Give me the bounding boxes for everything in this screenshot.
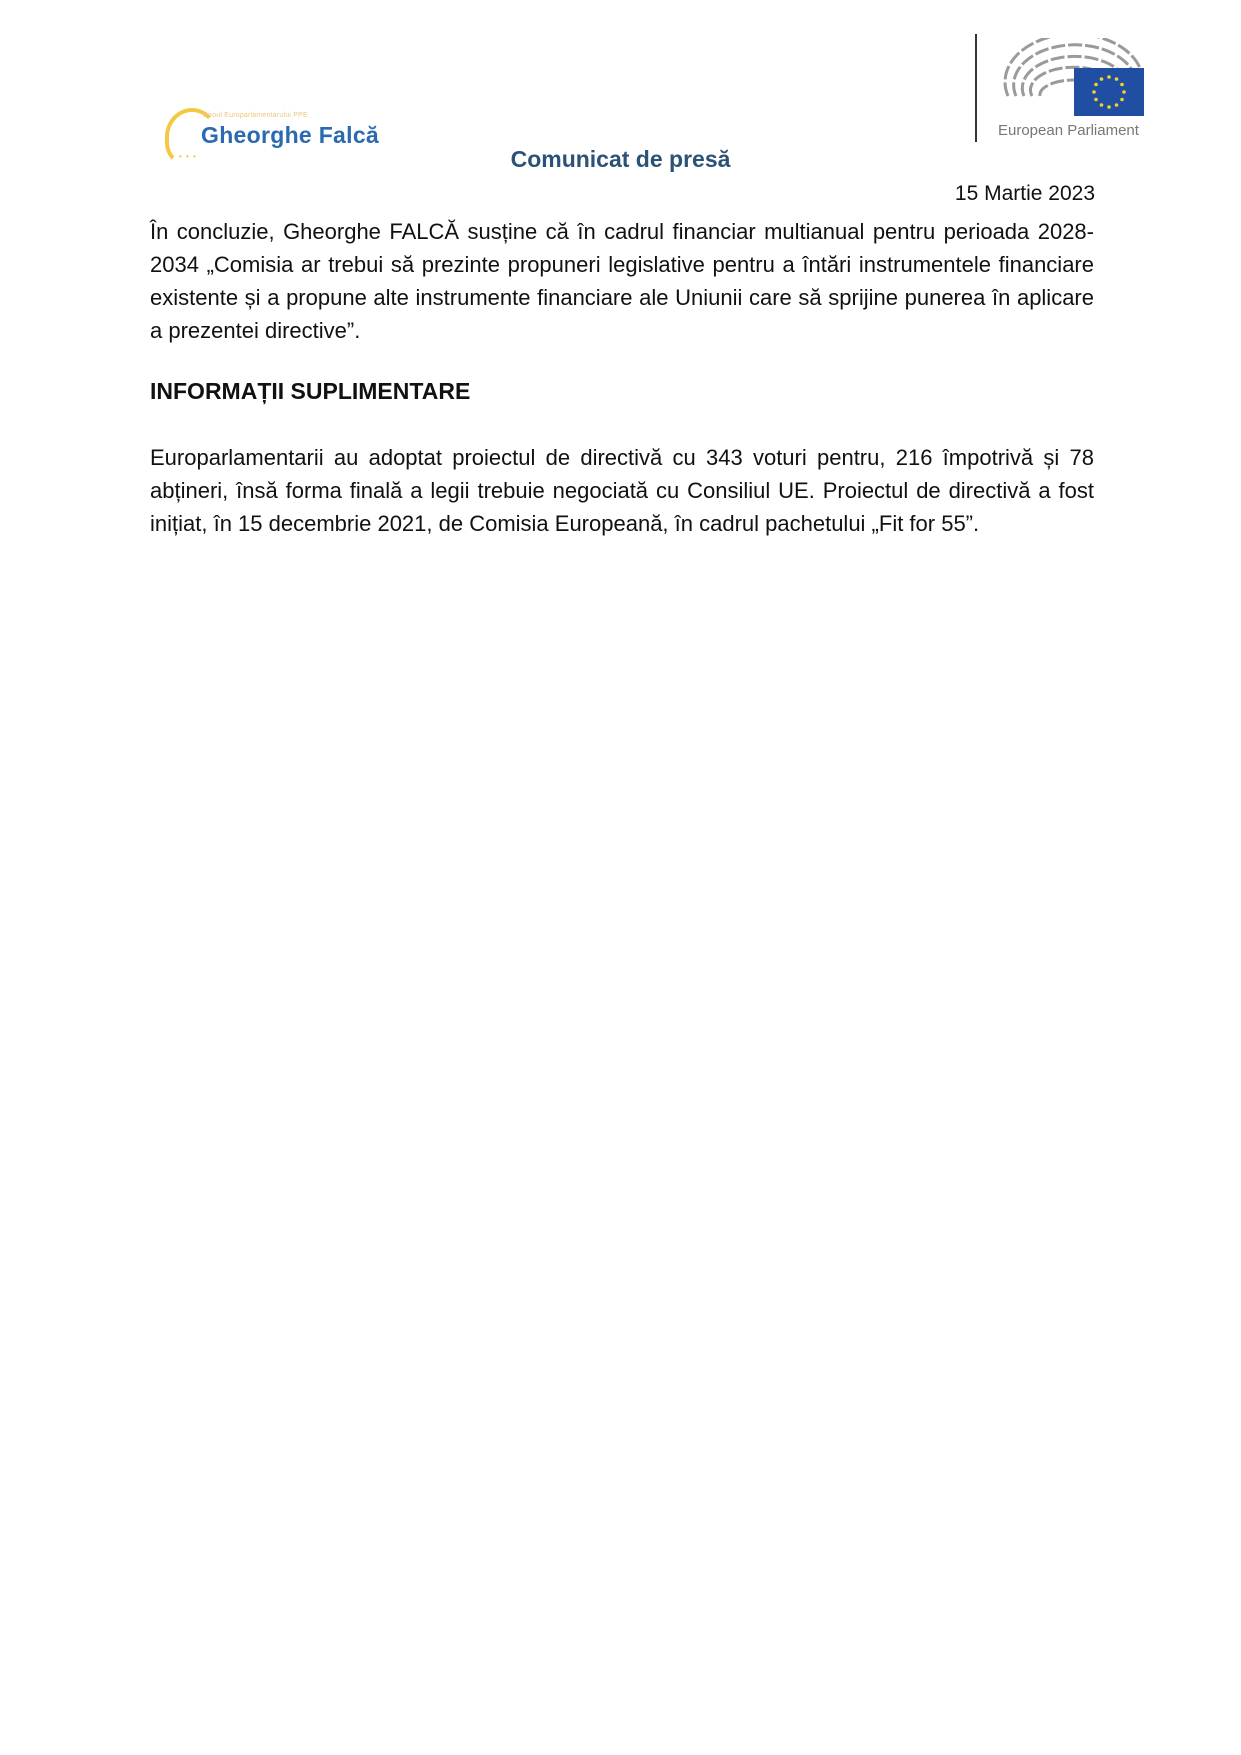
- hemicycle-flag-icon: [998, 38, 1158, 120]
- document-date: 15 Martie 2023: [955, 182, 1095, 206]
- paragraph-additional-info: Europarlamentarii au adoptat proiectul d…: [150, 441, 1094, 540]
- paragraph-conclusion: În concluzie, Gheorghe FALCĂ susține că …: [150, 215, 1094, 347]
- logo-subtitle: Biroul Europarlamentarului PPE: [203, 112, 308, 119]
- european-parliament-logo: European Parliament: [998, 38, 1158, 146]
- page-title: Comunicat de presă: [0, 146, 1241, 173]
- header-divider: [975, 34, 977, 142]
- section-heading: INFORMAȚII SUPLIMENTARE: [150, 378, 470, 405]
- ep-logo-text: European Parliament: [998, 122, 1139, 139]
- logo-name: Gheorghe Falcă: [201, 122, 379, 149]
